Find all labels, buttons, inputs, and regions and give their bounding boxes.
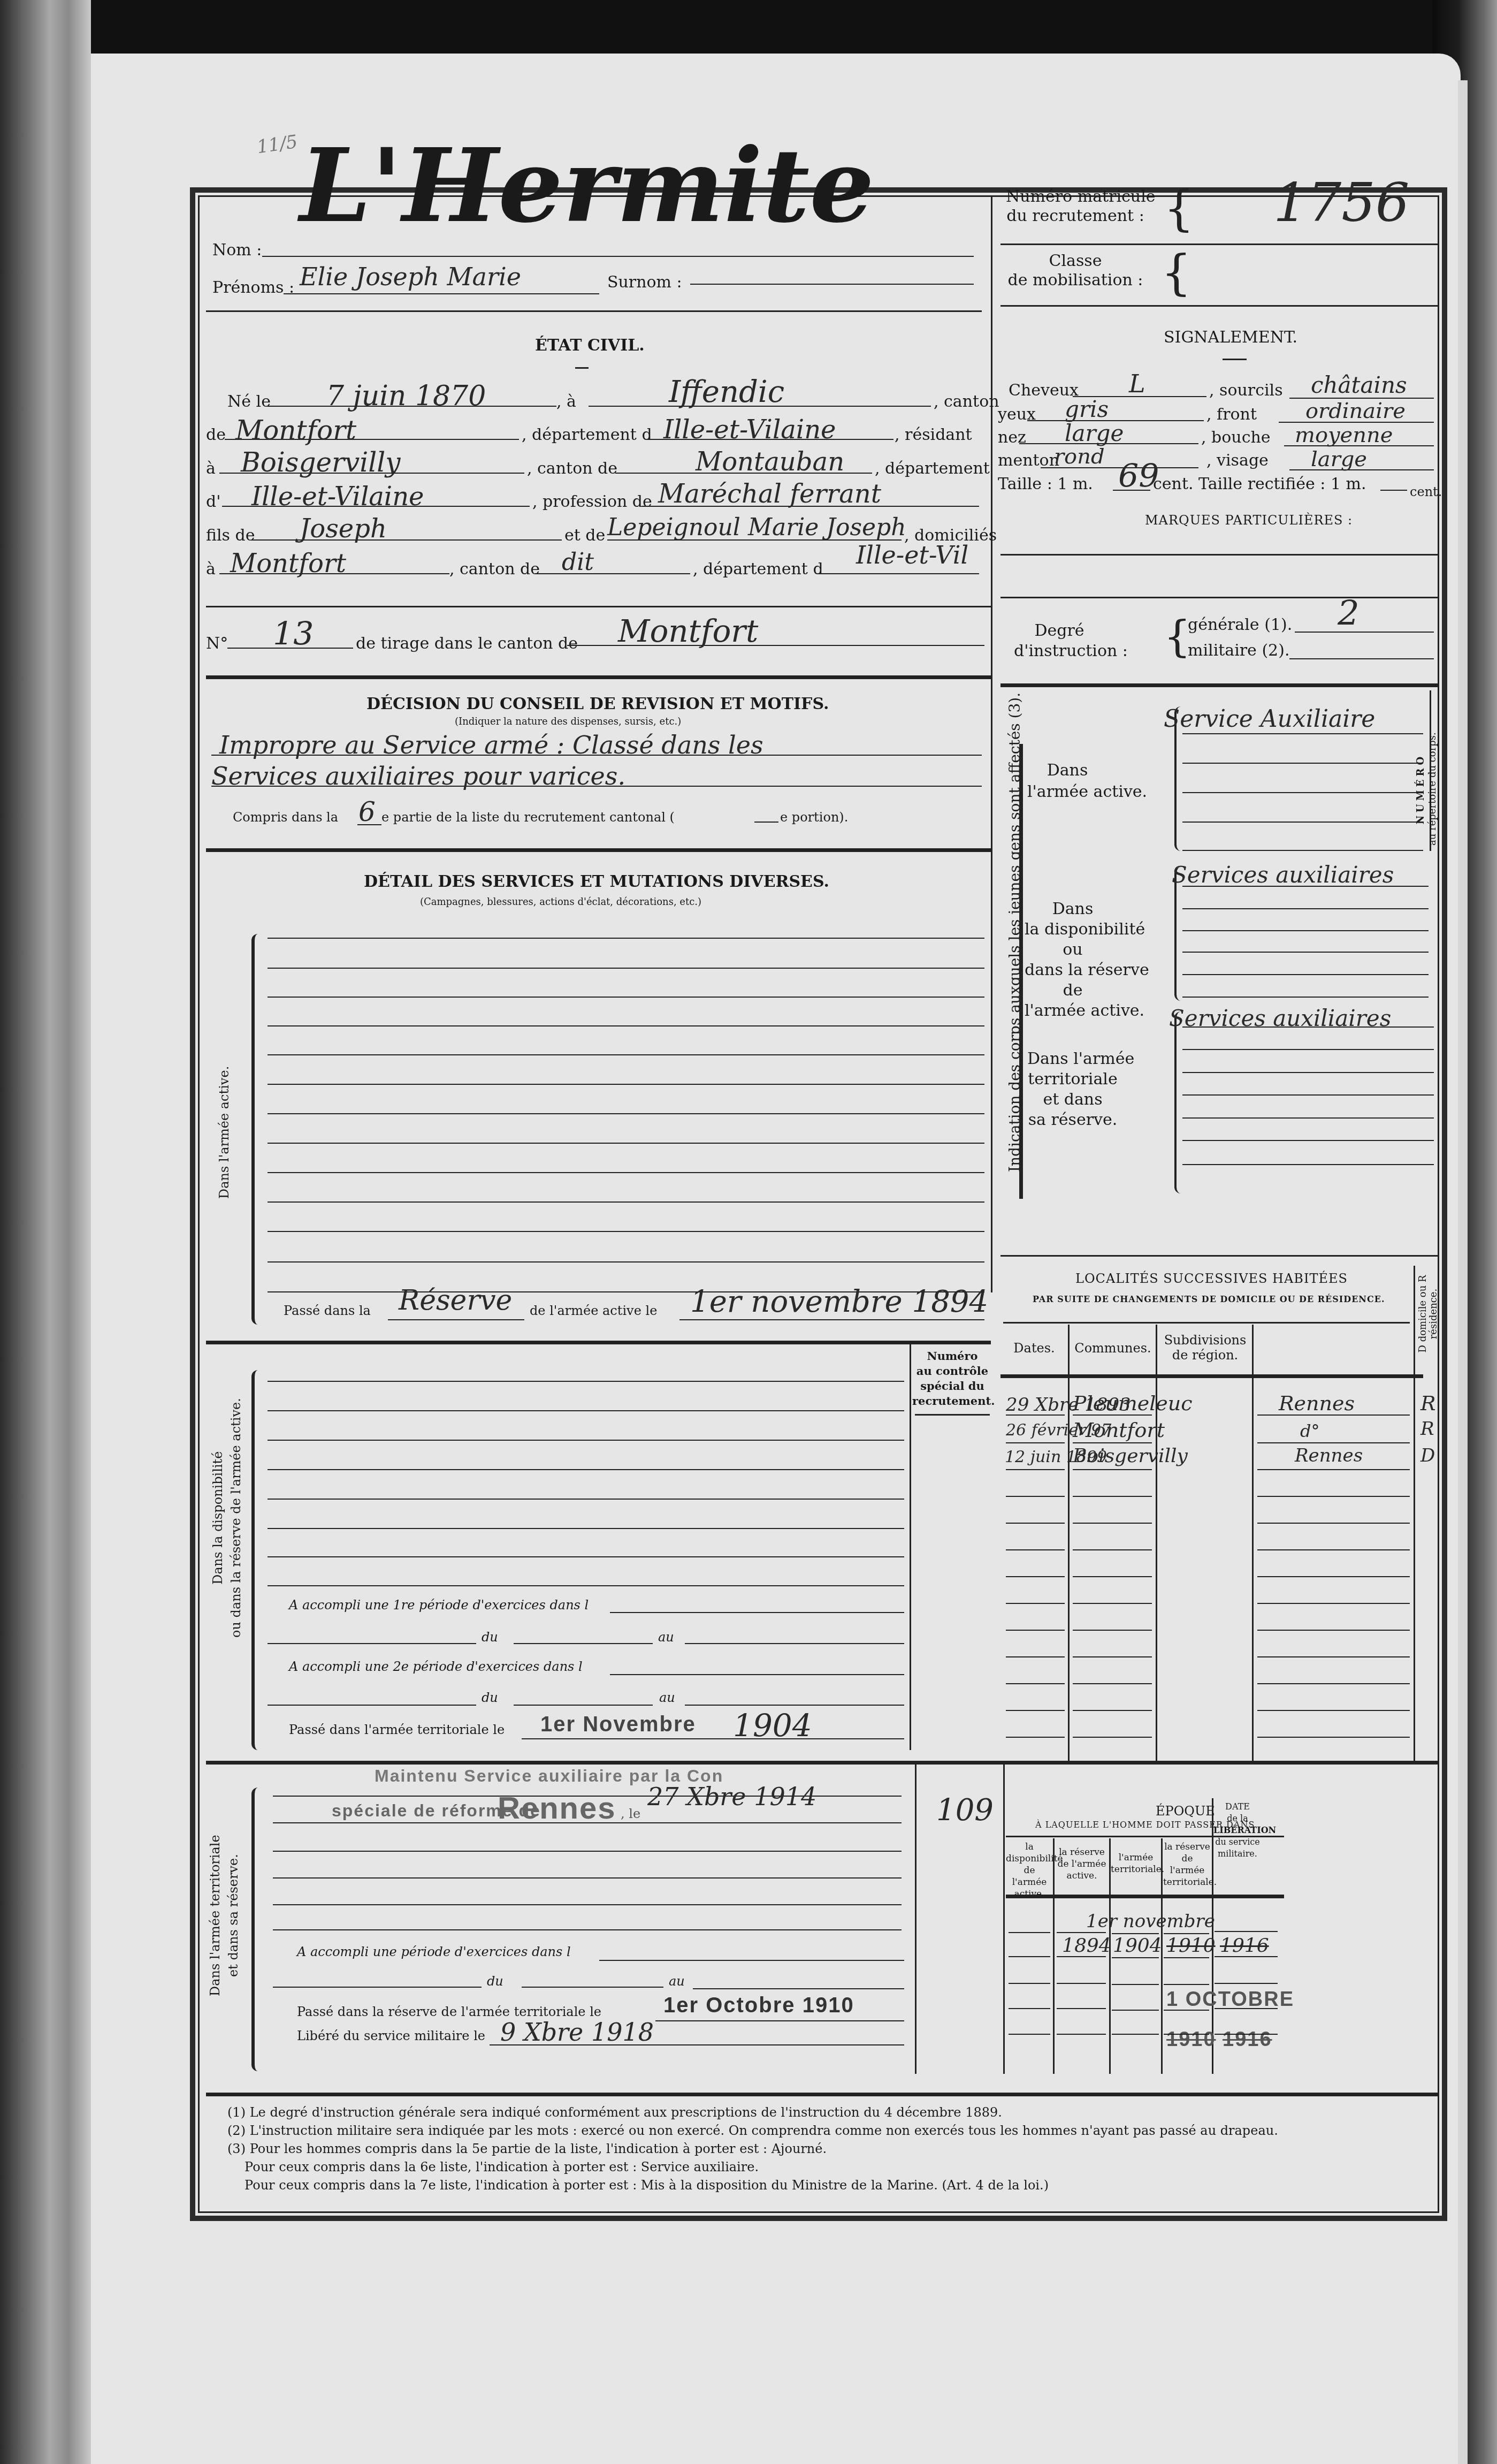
row-rule xyxy=(1073,1469,1152,1470)
residant-label: , résidant xyxy=(895,425,972,444)
label-line: territoriale xyxy=(1027,1069,1118,1090)
passe-reserve-terr-label: Passé dans la réserve de l'armée territo… xyxy=(297,2004,601,2019)
dispo-vertical-label: Dans la disponibilité ou dans la réserve… xyxy=(209,1398,245,1638)
numero-repertoire-label: NUMÉRO au répertoire du corps. xyxy=(1415,732,1439,846)
affectation-line xyxy=(1182,930,1429,931)
divider xyxy=(915,1414,990,1416)
passe-territoriale-year: 1904 xyxy=(733,1707,812,1744)
nom-label: Nom : xyxy=(212,241,262,260)
taille-rectifiee-label: cent. Taille rectifiée : 1 m. xyxy=(1153,475,1366,493)
row-rule xyxy=(1257,1523,1410,1524)
services-line xyxy=(268,1231,984,1232)
departement3-value: Ille-et-Vil xyxy=(856,541,968,569)
du-label: du xyxy=(482,1630,498,1645)
localites-col-divider xyxy=(1414,1266,1415,1761)
localites-col-divider xyxy=(1252,1325,1254,1761)
epoque-rule xyxy=(1215,2034,1278,2035)
dispo-line xyxy=(268,1469,904,1470)
label-line: au contrôle xyxy=(912,1364,992,1379)
col-header-dates: Dates. xyxy=(1000,1341,1068,1356)
au-label: au xyxy=(669,1974,685,1989)
passe-reserve-terr-field xyxy=(655,2020,904,2021)
row-rule xyxy=(1073,1576,1152,1577)
brace xyxy=(251,1788,258,2071)
dispo-line xyxy=(268,1585,904,1586)
services-title: DÉTAIL DES SERVICES ET MUTATIONS DIVERSE… xyxy=(364,872,829,891)
localites-title: LOCALITÉS SUCCESSIVES HABITÉES xyxy=(1075,1271,1348,1286)
label-line: sa réserve. xyxy=(1027,1110,1118,1130)
dispo-line xyxy=(268,1528,904,1529)
localites-col-divider xyxy=(1068,1325,1070,1761)
row-rule xyxy=(1257,1683,1410,1684)
row-rule xyxy=(1073,1630,1152,1631)
row-rule xyxy=(1006,1549,1065,1550)
divider xyxy=(1003,1322,1410,1324)
epoque-rule xyxy=(1009,2034,1050,2035)
epoque-value-liberation: 1916 xyxy=(1220,1935,1269,1957)
bouche-label: , bouche xyxy=(1201,428,1271,447)
departement3-label: , département d xyxy=(693,560,823,579)
label-line: Numéro xyxy=(912,1349,992,1364)
row-2-type: R xyxy=(1420,1418,1434,1440)
divider xyxy=(1000,1255,1439,1257)
epoque-rule xyxy=(1009,1956,1050,1957)
surnom-field xyxy=(690,284,974,285)
tirage-no-value: 13 xyxy=(273,615,314,653)
divider xyxy=(206,675,991,679)
matricule-label-line1: Numéro matricule xyxy=(1006,187,1145,207)
epoque-rule xyxy=(1057,2008,1106,2009)
services-line xyxy=(268,1054,984,1055)
canton2-label: , canton de xyxy=(527,459,617,478)
row-rule xyxy=(1073,1737,1152,1738)
label-line: ou xyxy=(1025,940,1121,960)
a3-label: à xyxy=(206,560,216,579)
militaire-label: militaire (2). xyxy=(1188,641,1289,660)
epoque-stamp-year-2: 1916 xyxy=(1223,2028,1272,2051)
taille-rectifiee-field xyxy=(1380,490,1407,491)
epoque-rule xyxy=(1164,1933,1209,1934)
row-1-commune: Pleumeleuc xyxy=(1073,1391,1193,1415)
du-label: du xyxy=(487,1974,503,1989)
epoque-rule xyxy=(1009,2008,1050,2009)
affectation-line xyxy=(1182,1117,1434,1119)
sourcils-label: , sourcils xyxy=(1209,381,1283,400)
services-line xyxy=(268,1143,984,1144)
affectation-line xyxy=(1182,733,1423,734)
col-header-communes: Communes. xyxy=(1070,1341,1156,1356)
epoque-col-4: la réserve de l'armée territoriale. xyxy=(1163,1841,1211,1888)
row-rule xyxy=(1006,1442,1065,1443)
epoque-value-reserve-active: 1894 xyxy=(1062,1935,1111,1957)
ne-le-value: 7 juin 1870 xyxy=(326,380,486,412)
label-line: la disponibilité xyxy=(1025,919,1121,940)
epoque-rule xyxy=(1215,1983,1278,1984)
row-rule xyxy=(1006,1683,1065,1684)
epoque-rule xyxy=(1112,2034,1159,2035)
epoque-rule xyxy=(1112,1984,1159,1985)
divider xyxy=(1000,305,1439,307)
periode1-label: A accompli une 1re période d'exercices d… xyxy=(289,1598,589,1613)
epoque-rule xyxy=(1215,1931,1278,1932)
epoque-col-divider xyxy=(1053,1838,1055,2074)
degre-instruction-label: Degré d'instruction : xyxy=(1014,621,1105,661)
et-de-label: et de xyxy=(564,526,605,545)
row-rule xyxy=(1073,1683,1152,1684)
territoriale-line xyxy=(273,1929,902,1930)
affectation-line xyxy=(1182,997,1429,998)
affectation-line xyxy=(1182,1094,1434,1096)
departement2-label: , département xyxy=(875,459,990,478)
profession-value: Maréchal ferrant xyxy=(658,479,881,509)
front-label: , front xyxy=(1206,405,1257,424)
affectation-line xyxy=(1182,850,1423,851)
tirage-label: de tirage dans le canton de xyxy=(356,634,578,653)
epoque-rule xyxy=(1164,1957,1209,1958)
decision-line-1-value: Impropre au Service armé : Classé dans l… xyxy=(219,731,763,759)
label-line: dans la réserve xyxy=(1025,960,1121,980)
label-line: LIBÉRATION xyxy=(1213,1824,1262,1836)
periode-field xyxy=(599,1960,904,1961)
row-rule xyxy=(1006,1414,1065,1416)
affectation-line xyxy=(1182,1072,1434,1073)
services-line xyxy=(268,1113,984,1114)
a2-label: à xyxy=(206,459,216,478)
epoque-rule xyxy=(1164,2010,1209,2011)
epoque-rule xyxy=(1112,1957,1159,1958)
classe-label: Classe de mobilisation : xyxy=(1006,252,1145,290)
row-3-commune: Boisgervilly xyxy=(1073,1445,1188,1467)
epoque-rule xyxy=(1164,1984,1209,1985)
footnote-3: (3) Pour les hommes compris dans la 5e p… xyxy=(227,2140,1278,2158)
title-rule xyxy=(575,367,589,369)
affectation-divider xyxy=(1019,744,1023,1199)
speciale-date: 27 Xbre 1914 xyxy=(647,1782,816,1811)
label-line: l'armée active. xyxy=(1027,781,1108,803)
periode-du-pre xyxy=(273,1987,482,1988)
territoriale-line xyxy=(273,1877,902,1879)
speciale-city: Rennes xyxy=(498,1790,616,1826)
libere-value: 9 Xbre 1918 xyxy=(500,2018,654,2047)
nez-value: large xyxy=(1065,420,1124,446)
row-rule xyxy=(1006,1656,1065,1657)
label-line: Dans xyxy=(1027,760,1108,781)
numero-controle-value: 109 xyxy=(936,1793,994,1828)
periode-du-field xyxy=(522,1987,663,1988)
row-rule xyxy=(1257,1630,1410,1631)
epoque-stamp-year-1: 1910 xyxy=(1166,2028,1216,2051)
divider xyxy=(206,606,991,607)
generale-label: générale (1). xyxy=(1188,615,1292,634)
row-3-subdivision: Rennes xyxy=(1295,1445,1363,1466)
affectation-line xyxy=(1182,822,1423,823)
militaire-field xyxy=(1289,658,1434,659)
row-rule xyxy=(1073,1414,1152,1416)
passe-territoriale-field xyxy=(522,1738,904,1739)
territoriale-line xyxy=(273,1904,902,1905)
divider xyxy=(206,1341,991,1344)
book-binding-left xyxy=(0,0,91,2464)
localites-subtitle: PAR SUITE DE CHANGEMENTS DE DOMICILE OU … xyxy=(1033,1294,1385,1304)
nom-field xyxy=(262,256,974,257)
label-line: l'armée active. xyxy=(1025,1001,1121,1021)
label-line: et dans xyxy=(1027,1090,1118,1110)
divider xyxy=(206,310,982,312)
services-line xyxy=(268,1025,984,1026)
bouche-value: moyenne xyxy=(1295,423,1393,447)
armee-active-date-field xyxy=(679,1319,984,1320)
epoque-rule xyxy=(1112,2010,1159,2011)
divider xyxy=(1006,1895,1284,1898)
armee-active-date-value: 1er novembre 1894 xyxy=(690,1284,988,1319)
surnom-label: Surnom : xyxy=(607,273,682,292)
row-rule xyxy=(1257,1549,1410,1550)
label-line: Dans la disponibilité xyxy=(209,1398,227,1638)
cheveux-value: L xyxy=(1129,369,1145,398)
mere-value: Lepeignoul Marie Joseph xyxy=(607,514,906,541)
prenoms-value: Elie Joseph Marie xyxy=(300,262,521,291)
epoque-rule xyxy=(1057,1956,1106,1957)
footnote-2: (2) L'instruction militaire sera indiqué… xyxy=(227,2121,1278,2140)
classe-label-line1: Classe xyxy=(1006,252,1145,271)
label-line: militaire. xyxy=(1213,1848,1262,1860)
de-label: de xyxy=(206,425,226,444)
controle-divider xyxy=(915,1763,916,2074)
dispo-line xyxy=(268,1381,904,1382)
brace xyxy=(1174,1012,1181,1193)
fils-label: fils de xyxy=(206,526,255,545)
row-2-subdivision: d° xyxy=(1300,1421,1319,1441)
decision-line-2-value: Services auxiliaires pour varices. xyxy=(211,762,625,790)
yeux-value: gris xyxy=(1065,396,1109,422)
territoriale-vertical-label: Dans l'armée territoriale et dans sa rés… xyxy=(206,1835,242,1996)
footnote-3c: Pour ceux compris dans la 7e liste, l'in… xyxy=(227,2176,1278,2194)
affectation-section-2-value: Services auxiliaires xyxy=(1172,862,1394,888)
numero-label-line1: NUMÉRO xyxy=(1415,732,1427,846)
generale-value: 2 xyxy=(1338,594,1359,634)
front-value: ordinaire xyxy=(1305,399,1406,423)
row-rule xyxy=(1006,1576,1065,1577)
affectation-line xyxy=(1182,908,1429,909)
services-subtitle: (Campagnes, blessures, actions d'éclat, … xyxy=(420,896,701,908)
affectation-line xyxy=(1182,1164,1434,1165)
epoque-rule xyxy=(1215,1956,1278,1957)
compris-label: Compris dans la xyxy=(233,810,338,825)
prenoms-label: Prénoms : xyxy=(212,278,294,297)
pere-field xyxy=(251,539,562,541)
label-line: Dans xyxy=(1025,899,1121,919)
degre-label-line1: Degré xyxy=(1014,621,1105,641)
canton3-label: , canton de xyxy=(449,560,540,579)
divider xyxy=(1000,554,1439,556)
canton-label: , canton xyxy=(934,392,999,411)
affectation-section-1-label: Dans l'armée active. xyxy=(1027,760,1108,803)
row-rule xyxy=(1257,1710,1410,1711)
armee-active-vertical-label: Dans l'armée active. xyxy=(217,1066,232,1199)
tirage-no-label: N° xyxy=(206,634,228,653)
label-line: de xyxy=(1025,980,1121,1001)
row-rule xyxy=(1257,1737,1410,1738)
nom-value: L'Hermite xyxy=(300,126,874,245)
title-rule xyxy=(1223,359,1247,360)
profession-label: , profession de xyxy=(532,492,652,511)
armee-active-le-label: de l'armée active le xyxy=(530,1303,657,1318)
affectation-section-1-value: Service Auxiliaire xyxy=(1164,705,1375,733)
divider xyxy=(1000,244,1439,245)
affectation-section-2-label: Dans la disponibilité ou dans la réserve… xyxy=(1025,899,1121,1021)
cent-label: cent. xyxy=(1410,484,1442,499)
label-line: DATE xyxy=(1213,1801,1262,1813)
divider xyxy=(1000,1374,1423,1378)
epoque-rule xyxy=(1009,1932,1050,1933)
portion-field xyxy=(754,822,778,823)
epoque-col-1: la disponibilité de l'armée active. xyxy=(1006,1841,1053,1900)
periode-au-field xyxy=(693,1988,904,1989)
row-rule xyxy=(1006,1630,1065,1631)
affectation-line xyxy=(1182,1140,1434,1141)
affectation-line xyxy=(1182,1049,1434,1050)
row-rule xyxy=(1257,1656,1410,1657)
libere-label: Libéré du service militaire le xyxy=(297,2028,485,2043)
label-line: de la xyxy=(1213,1813,1262,1824)
territoriale-line xyxy=(273,1822,902,1823)
row-rule xyxy=(1073,1603,1152,1604)
services-line xyxy=(268,938,984,939)
portion-suffix: e portion). xyxy=(780,810,848,825)
services-line xyxy=(268,968,984,969)
services-line xyxy=(268,1201,984,1203)
dispo-line xyxy=(268,1440,904,1441)
epoque-rule xyxy=(1057,2034,1106,2035)
brace: { xyxy=(1164,615,1191,658)
row-rule xyxy=(1257,1414,1410,1416)
canton2-value: Montauban xyxy=(696,447,844,477)
dispo-line xyxy=(268,1556,904,1557)
row-rule xyxy=(1006,1603,1065,1604)
brace: { xyxy=(1164,185,1194,233)
column-divider xyxy=(991,195,992,1292)
epoque-handwritten-day: 1er novembre xyxy=(1086,1911,1215,1932)
affectation-line xyxy=(1182,1026,1434,1028)
visage-label: , visage xyxy=(1206,451,1269,470)
affectation-section-3-label: Dans l'armée territoriale et dans sa rés… xyxy=(1027,1049,1118,1130)
tirage-canton-value: Montfort xyxy=(618,613,758,649)
footnotes: (1) Le degré d'instruction générale sera… xyxy=(227,2103,1278,2194)
epoque-rule xyxy=(1215,2008,1278,2009)
row-3-type: D xyxy=(1420,1445,1435,1466)
epoque-rule xyxy=(1164,2034,1209,2035)
services-line xyxy=(268,1261,984,1263)
canton-value: Montfort xyxy=(235,415,356,446)
label-line: Dans l'armée territoriale xyxy=(206,1835,224,1996)
menton-value: rond xyxy=(1054,444,1105,469)
periode2-field xyxy=(610,1674,904,1675)
classe-label-line2: de mobilisation : xyxy=(1006,271,1145,290)
row-rule xyxy=(1257,1576,1410,1577)
row-rule xyxy=(1073,1523,1152,1524)
epoque-title: ÉPOQUE xyxy=(1156,1804,1215,1819)
affectation-line xyxy=(1182,763,1423,764)
prenoms-field xyxy=(284,293,599,294)
periode2-label: A accompli une 2e période d'exercices da… xyxy=(289,1659,583,1674)
canton3-field xyxy=(535,573,690,574)
periode2-du-pre xyxy=(268,1705,476,1706)
matricule-label: Numéro matricule du recrutement : xyxy=(1006,187,1145,226)
row-rule xyxy=(1006,1710,1065,1711)
row-rule xyxy=(1006,1496,1065,1497)
lieu-naissance-value: Iffendic xyxy=(669,375,784,409)
dispo-line xyxy=(268,1410,904,1411)
footnote-3b: Pour ceux compris dans la 6e liste, l'in… xyxy=(227,2158,1278,2176)
liberation-header: DATE de la LIBÉRATION du service militai… xyxy=(1213,1801,1262,1860)
row-rule xyxy=(1257,1442,1410,1443)
label-line: Dans l'armée xyxy=(1027,1049,1118,1069)
row-rule xyxy=(1006,1469,1065,1470)
d-label: d' xyxy=(206,492,220,511)
divider xyxy=(1000,597,1439,598)
label-line: spécial du xyxy=(912,1379,992,1394)
au-label: au xyxy=(658,1630,674,1645)
epoque-divider xyxy=(1003,1763,1005,2074)
periode1-du-field xyxy=(514,1643,653,1644)
periode-label: A accompli une période d'exercices dans … xyxy=(297,1944,571,1959)
departement3-field xyxy=(819,573,979,574)
compris-value: 6 xyxy=(358,796,376,827)
divider xyxy=(1000,683,1439,687)
divider xyxy=(206,848,991,852)
passe-reserve-value: Réserve xyxy=(399,1284,512,1317)
label-line: recrutement. xyxy=(912,1394,992,1409)
passe-reserve-terr-value: 1er Octobre 1910 xyxy=(663,1994,854,2018)
services-line xyxy=(268,997,984,998)
epoque-rule xyxy=(1009,1983,1050,1984)
label-line: et dans sa réserve. xyxy=(224,1835,242,1996)
epoque-value-reserve-territoriale: 1910 xyxy=(1166,1935,1216,1957)
row-rule xyxy=(1073,1710,1152,1711)
affectation-line xyxy=(1182,792,1423,793)
epoque-col-2: la réserve de l'armée active. xyxy=(1055,1846,1109,1882)
numero-label-line2: au répertoire du corps. xyxy=(1427,732,1439,846)
brace: { xyxy=(1161,249,1192,297)
canton3-value: dit xyxy=(562,549,594,576)
row-rule xyxy=(1006,1523,1065,1524)
periode2-au-field xyxy=(685,1705,904,1706)
matricule-value: 1756 xyxy=(1273,171,1410,234)
a-label: , à xyxy=(556,392,576,411)
periode1-field xyxy=(610,1612,904,1613)
signalement-title: SIGNALEMENT. xyxy=(1164,328,1297,347)
row-rule xyxy=(1073,1442,1152,1443)
row-rule xyxy=(1006,1737,1065,1738)
col-header-subdivisions: Subdivisions de région. xyxy=(1158,1333,1252,1363)
compris-suffix: e partie de la liste du recrutement cant… xyxy=(381,810,675,825)
passe-territoriale-stamp: 1er Novembre xyxy=(540,1713,696,1737)
row-rule xyxy=(1257,1469,1410,1470)
passe-reserve-label: Passé dans la xyxy=(284,1303,371,1318)
sourcils-value: châtains xyxy=(1311,372,1407,398)
affectation-line xyxy=(1182,952,1429,953)
numero-controle-label: Numéro au contrôle spécial du recrutemen… xyxy=(912,1349,992,1409)
etat-civil-title: ÉTAT CIVIL. xyxy=(535,336,645,355)
departement2-value: Ille-et-Vilaine xyxy=(251,482,424,512)
brace xyxy=(251,934,258,1325)
row-1-subdivision: Rennes xyxy=(1279,1391,1355,1415)
label-line: du service xyxy=(1213,1836,1262,1848)
page-edge xyxy=(1458,80,1468,2464)
localites-col-divider xyxy=(1156,1325,1157,1761)
row-rule xyxy=(1257,1603,1410,1604)
du-label: du xyxy=(482,1690,498,1705)
